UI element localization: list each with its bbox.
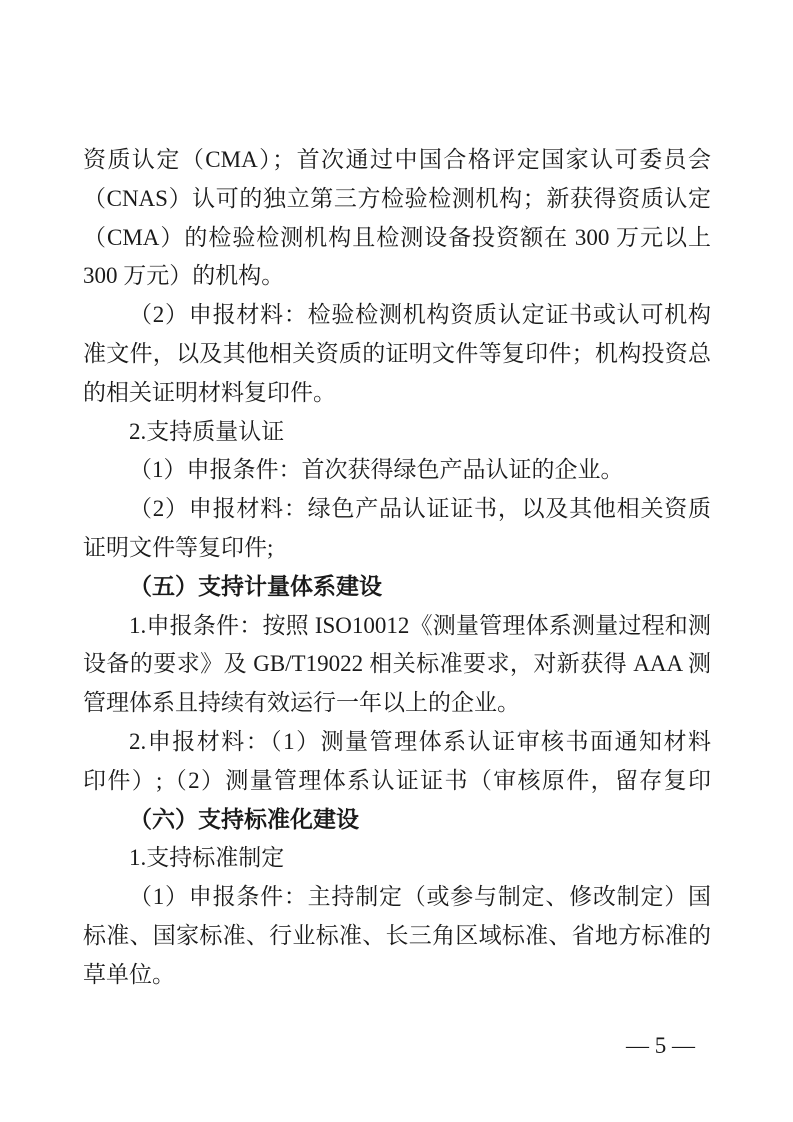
text-line: 管理体系且持续有效运行一年以上的企业。 <box>83 684 711 723</box>
text-line: （1）申报条件：首次获得绿色产品认证的企业。 <box>83 451 711 490</box>
text-line: 印件）;（2）测量管理体系认证证书（审核原件，留存复印件）; <box>83 762 711 801</box>
text-line: 1.申报条件：按照 ISO10012《测量管理体系测量过程和测量 <box>83 607 711 646</box>
page-number: — 5 — <box>626 1033 695 1058</box>
text-line: 资质认定（CMA）；首次通过中国合格评定国家认可委员会 <box>83 141 711 180</box>
text-line: （CMA）的检验检测机构且检测设备投资额在 300 万元以上（含 <box>83 219 711 258</box>
text-line: 标准、国家标准、行业标准、长三角区域标准、省地方标准的起 <box>83 917 711 956</box>
document-page: 资质认定（CMA）；首次通过中国合格评定国家认可委员会（CNAS）认可的独立第三… <box>0 0 793 1122</box>
text-line: （2）申报材料：绿色产品认证证书，以及其他相关资质的 <box>83 490 711 529</box>
text-line: 2.支持质量认证 <box>83 413 711 452</box>
text-line: 证明文件等复印件; <box>83 529 711 568</box>
text-line: 的相关证明材料复印件。 <box>83 374 711 413</box>
text-line: 草单位。 <box>83 956 711 995</box>
text-line: （五）支持计量体系建设 <box>83 568 711 607</box>
text-line: （1）申报条件：主持制定（或参与制定、修改制定）国际 <box>83 878 711 917</box>
text-line: 300 万元）的机构。 <box>83 257 711 296</box>
text-line: 设备的要求》及 GB/T19022 相关标准要求，对新获得 AAA 测量 <box>83 645 711 684</box>
text-line: 2.申报材料：（1）测量管理体系认证审核书面通知材料（复 <box>83 723 711 762</box>
text-line: （CNAS）认可的独立第三方检验检测机构；新获得资质认定 <box>83 180 711 219</box>
text-line: （2）申报材料：检验检测机构资质认定证书或认可机构批 <box>83 296 711 335</box>
text-line: 准文件，以及其他相关资质的证明文件等复印件；机构投资总额 <box>83 335 711 374</box>
document-body: 资质认定（CMA）；首次通过中国合格评定国家认可委员会（CNAS）认可的独立第三… <box>83 141 711 995</box>
page-footer: — 5 — <box>626 1031 695 1061</box>
text-line: 1.支持标准制定 <box>83 839 711 878</box>
text-line: （六）支持标准化建设 <box>83 801 711 840</box>
